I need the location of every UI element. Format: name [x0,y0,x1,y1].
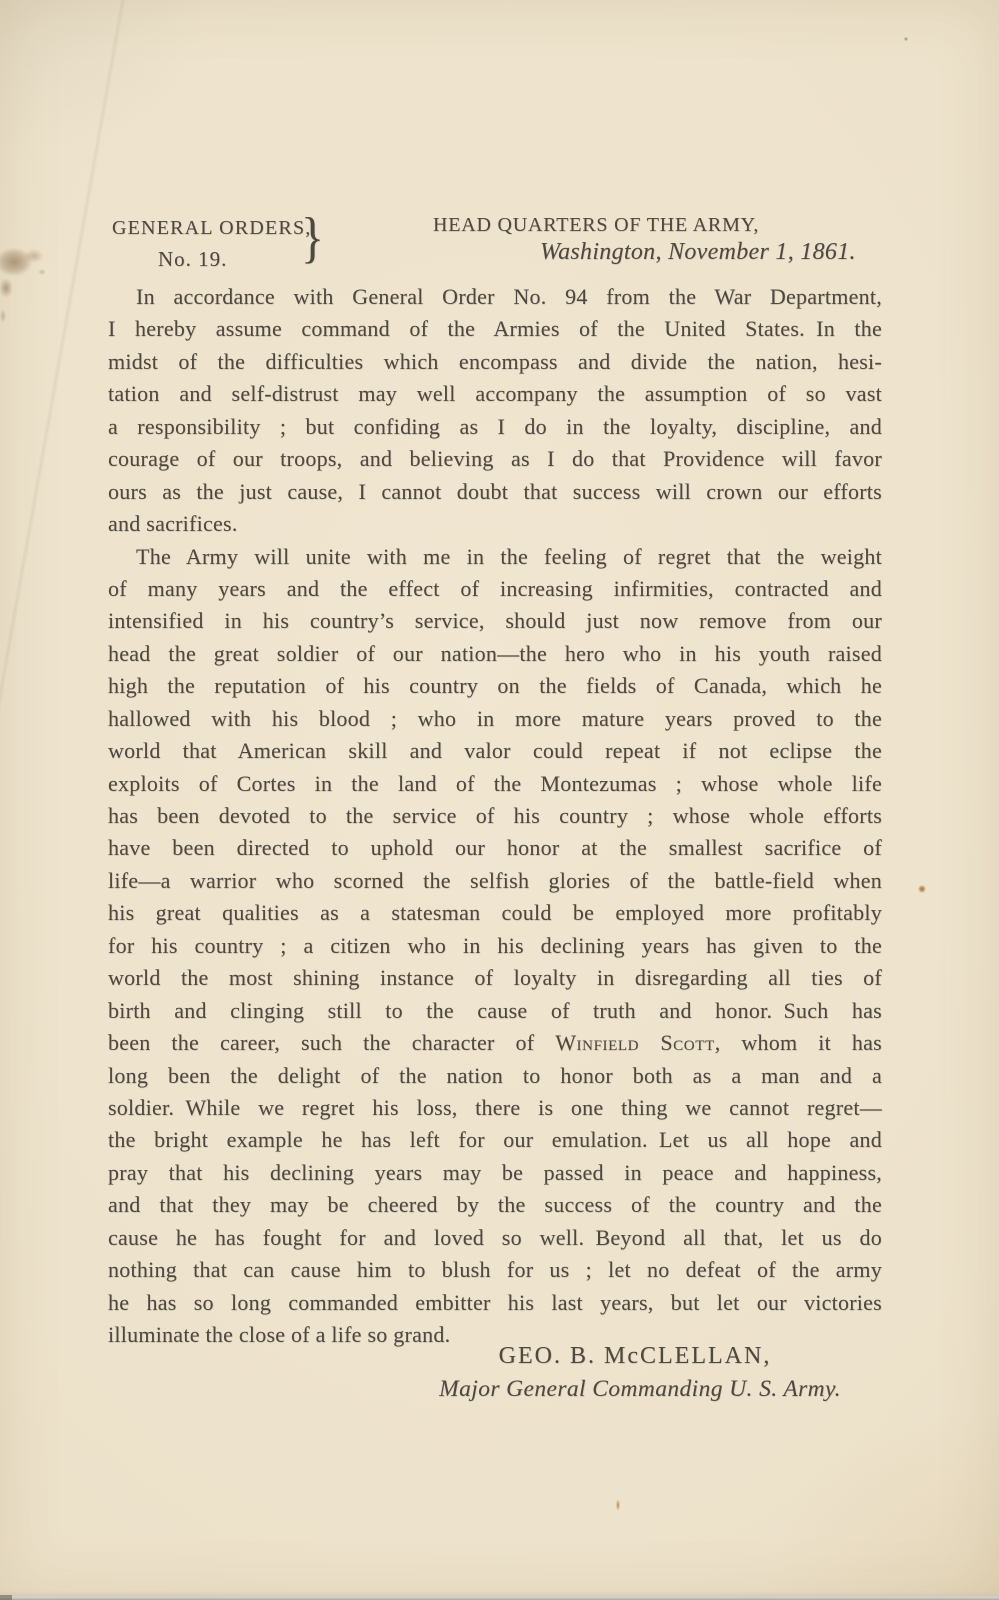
body-line: the bright example he has left for our e… [108,1124,882,1156]
body-line: high the reputation of his country on th… [108,670,882,702]
body-line: and that they may be cheered by the succ… [108,1189,882,1221]
body-line: has been devoted to the service of his c… [108,800,882,832]
signature-title: Major General Commanding U. S. Army. [439,1376,841,1403]
body-line: a responsibility ; but confiding as I do… [108,411,882,443]
body-line: In accordance with General Order No. 94 … [108,281,882,313]
body-line: courage of our troops, and believing as … [108,443,882,475]
body-line: for his country ; a citizen who in his d… [108,930,882,962]
body-line: hallowed with his blood ; who in more ma… [108,703,882,735]
body-line: have been directed to uphold our honor a… [108,832,882,864]
body-line: long been the delight of the nation to h… [108,1060,882,1092]
body-line: cause he has fought for and loved so wel… [108,1222,882,1254]
body-line: soldier. While we regret his loss, there… [108,1092,882,1124]
body-line: his great qualities as a statesman could… [108,897,882,929]
body-line: The Army will unite with me in the feeli… [108,541,882,573]
brace-glyph: } [301,208,324,268]
body-line: world the most shining instance of loyal… [108,962,882,994]
body-line: nothing that can cause him to blush for … [108,1254,882,1286]
body-line: ours as the just cause, I cannot doubt t… [108,476,882,508]
dateline: Washington, November 1, 1861. [540,239,856,266]
body-line: exploits of Cortes in the land of the Mo… [108,768,882,800]
order-number: No. 19. [158,247,227,272]
body-line: I hereby assume command of the Armies of… [108,313,882,345]
body-line: been the career, such the character of W… [108,1027,882,1059]
headquarters-line: HEAD QUARTERS OF THE ARMY, [433,214,759,237]
body-line: world that American skill and valor coul… [108,735,882,767]
body-line: head the great soldier of our nation—the… [108,638,882,670]
body-line: he has so long commanded embitter his la… [108,1287,882,1319]
body-line: tation and self-distrust may well accomp… [108,378,882,410]
body-line: midst of the difficulties which encompas… [108,346,882,378]
document-body: In accordance with General Order No. 94 … [108,281,882,1351]
body-line: pray that his declining years may be pas… [108,1157,882,1189]
body-line: life—a warrior who scorned the selfish g… [108,865,882,897]
scanned-document-page: GENERAL ORDERS, No. 19. } HEAD QUARTERS … [0,0,999,1600]
signature-name: GEO. B. McCLELLAN, [499,1343,772,1370]
page-bottom-edge [0,1591,999,1600]
page-bottom-corner [0,1595,12,1600]
body-line: intensified in his country’s service, sh… [108,605,882,637]
order-label: GENERAL ORDERS, [112,217,311,240]
body-line: birth and clinging still to the cause of… [108,995,882,1027]
body-line: and sacrifices. [108,508,882,540]
body-line: of many years and the effect of increasi… [108,573,882,605]
